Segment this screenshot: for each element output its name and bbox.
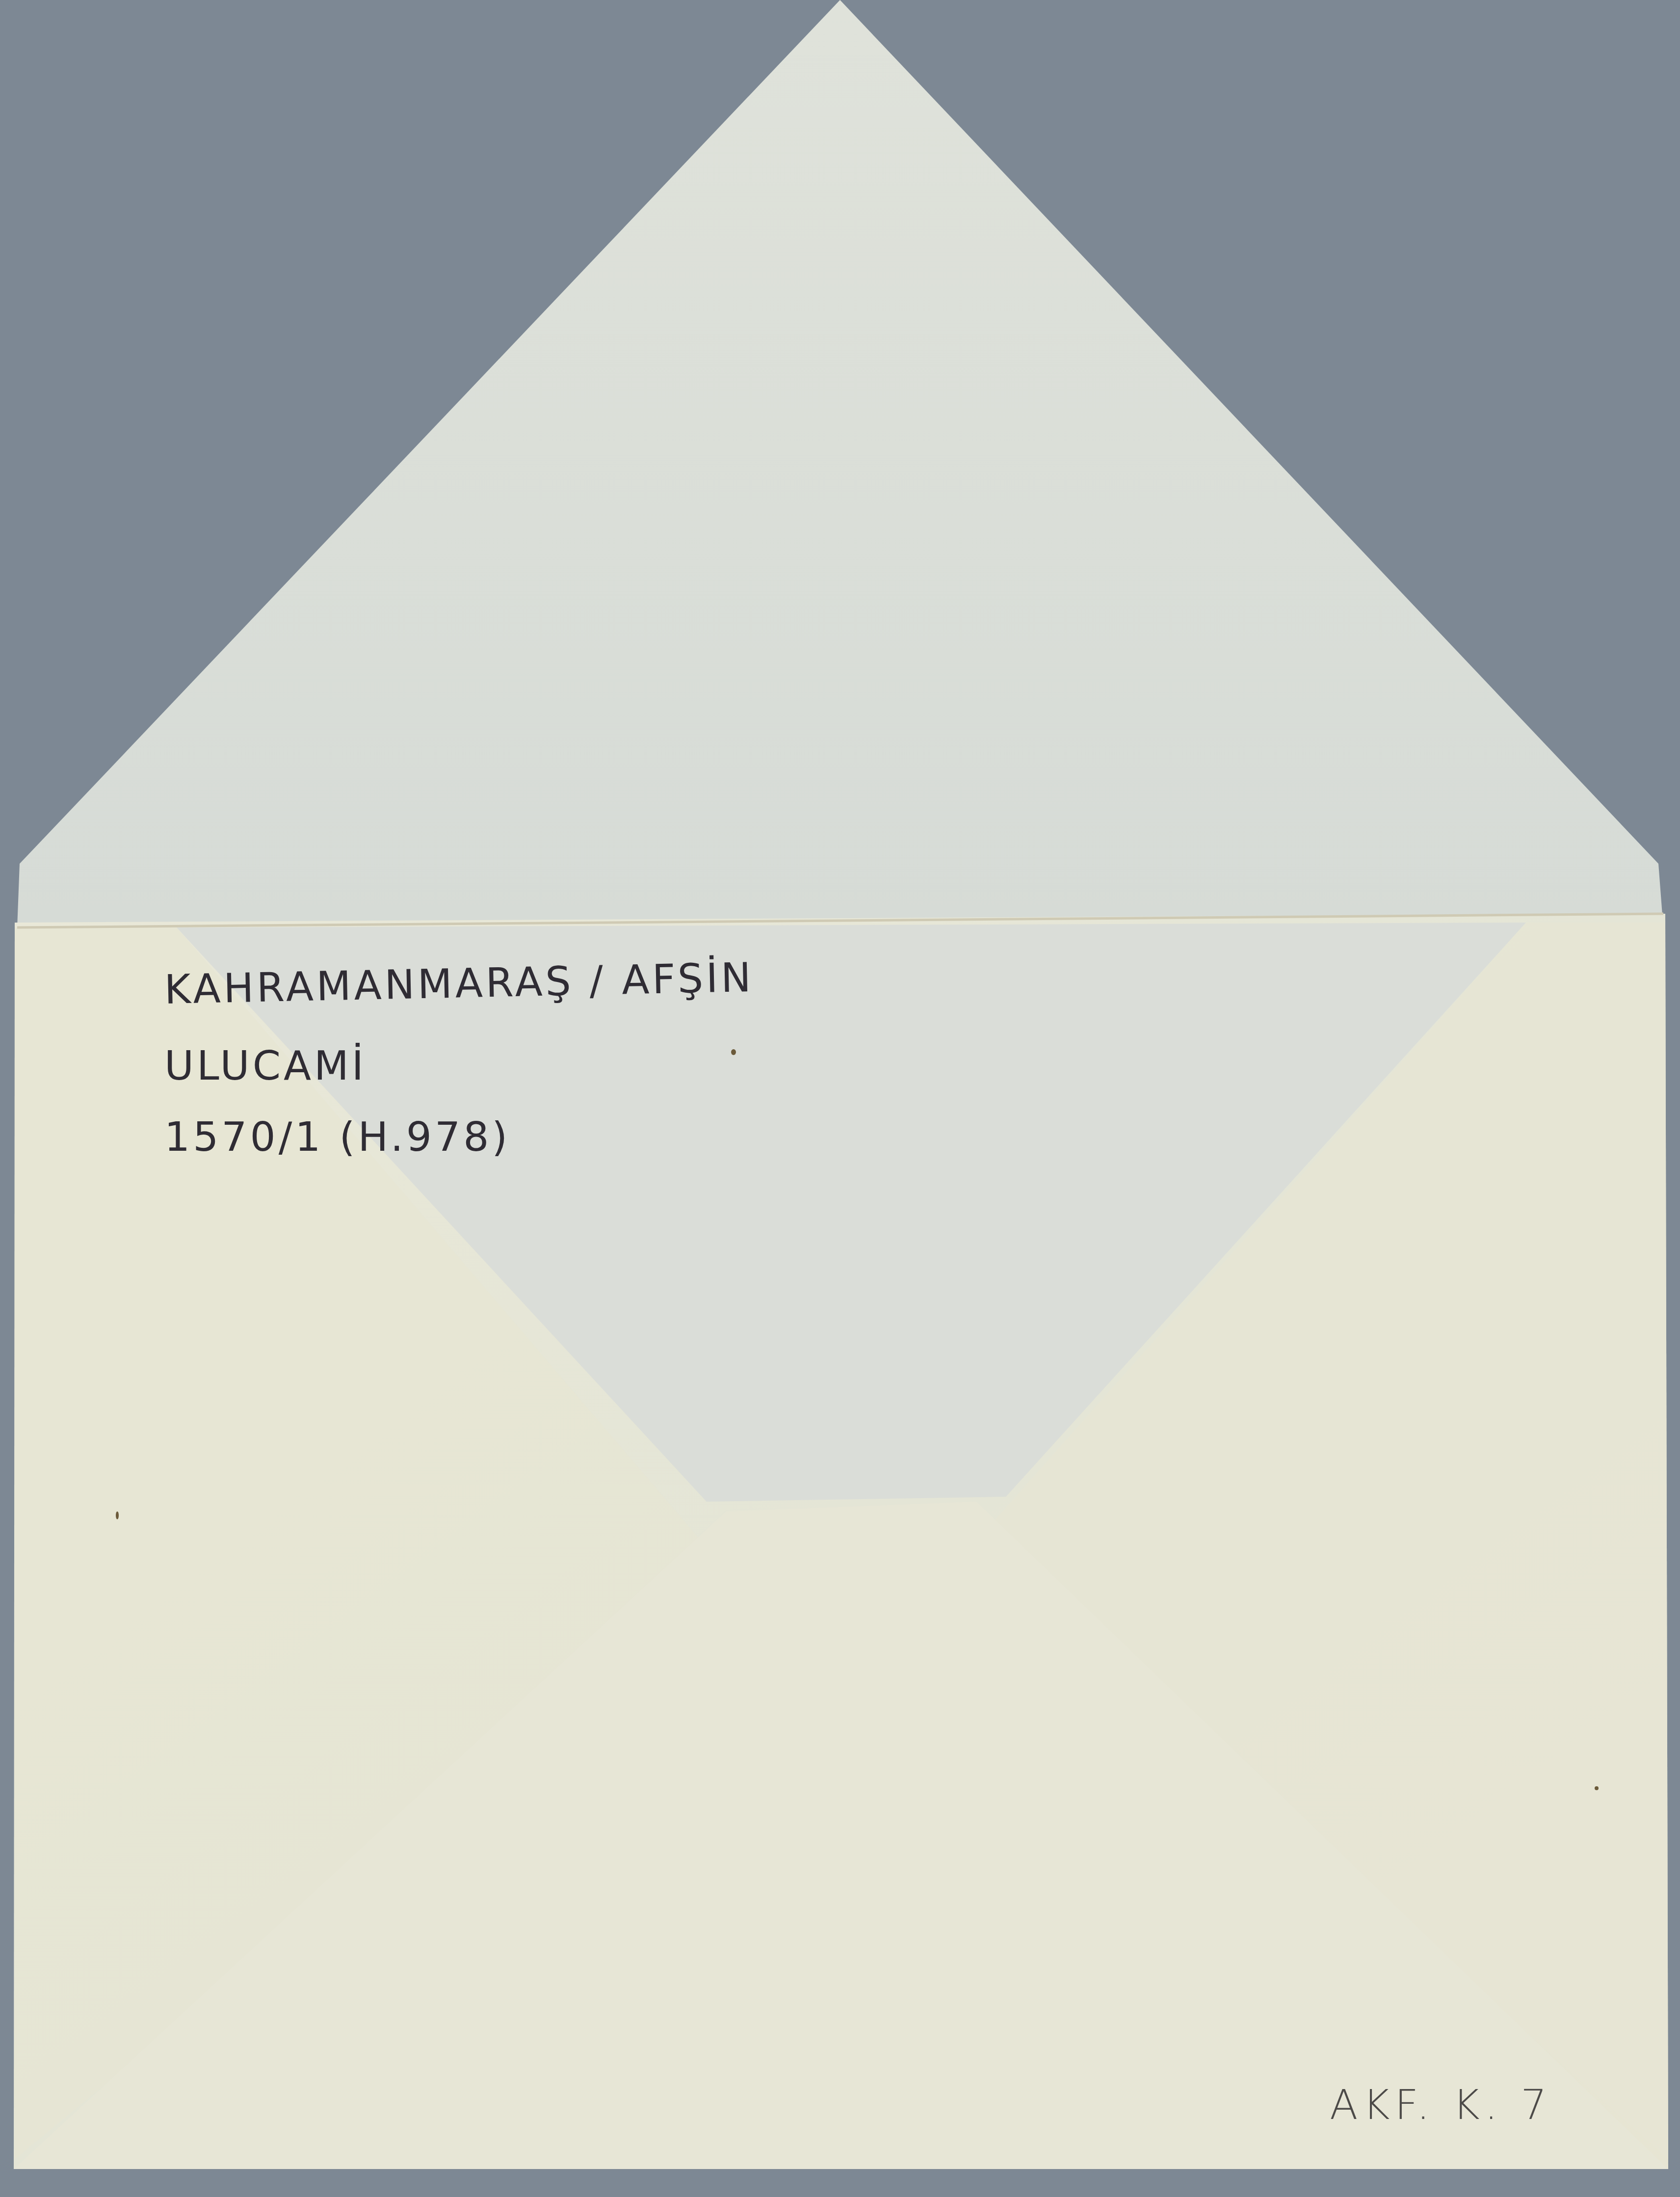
handwritten-building: ULUCAMİ [164,1043,367,1089]
archive-reference-code: AKF. K. 7 [1330,2081,1552,2129]
ink-speck [116,1511,119,1519]
handwritten-date: 1570/1 (H.978) [164,1114,510,1161]
envelope-flap [17,0,1663,927]
ink-speck [731,1049,736,1055]
ink-speck [1595,1786,1599,1790]
envelope-illustration [0,0,1680,2197]
envelope-scene: KAHRAMANMARAŞ / AFŞİN ULUCAMİ 1570/1 (H.… [0,0,1680,2197]
